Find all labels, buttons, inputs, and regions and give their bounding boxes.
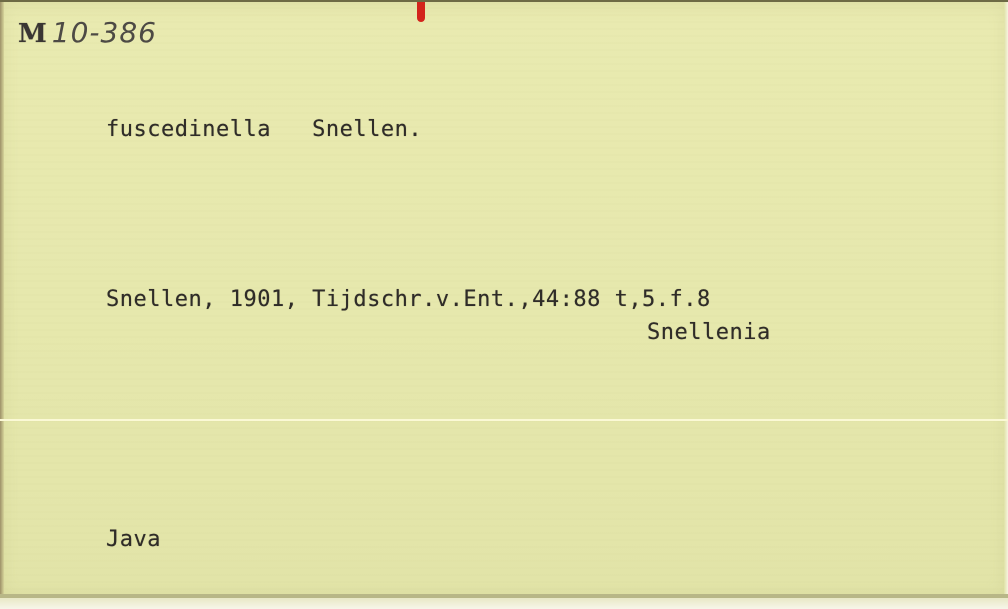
- scan-artifact-line: [0, 419, 1008, 421]
- genus-note: Snellenia: [647, 320, 771, 345]
- card-left-edge: [0, 2, 4, 599]
- locality: Java: [106, 527, 161, 552]
- catalog-prefix: M: [18, 19, 46, 49]
- index-card: M 10-386 fuscedinella Snellen. Snellen, …: [0, 0, 1008, 599]
- red-tab-marker: [417, 2, 425, 22]
- catalog-handwritten-number: 10-386: [52, 16, 157, 49]
- card-right-edge: [1004, 2, 1008, 599]
- scan-background: [0, 598, 1008, 609]
- species-name-line: fuscedinella Snellen.: [106, 117, 422, 142]
- catalog-number: M 10-386: [18, 16, 157, 52]
- bibliographic-reference: Snellen, 1901, Tijdschr.v.Ent.,44:88 t,5…: [106, 287, 711, 312]
